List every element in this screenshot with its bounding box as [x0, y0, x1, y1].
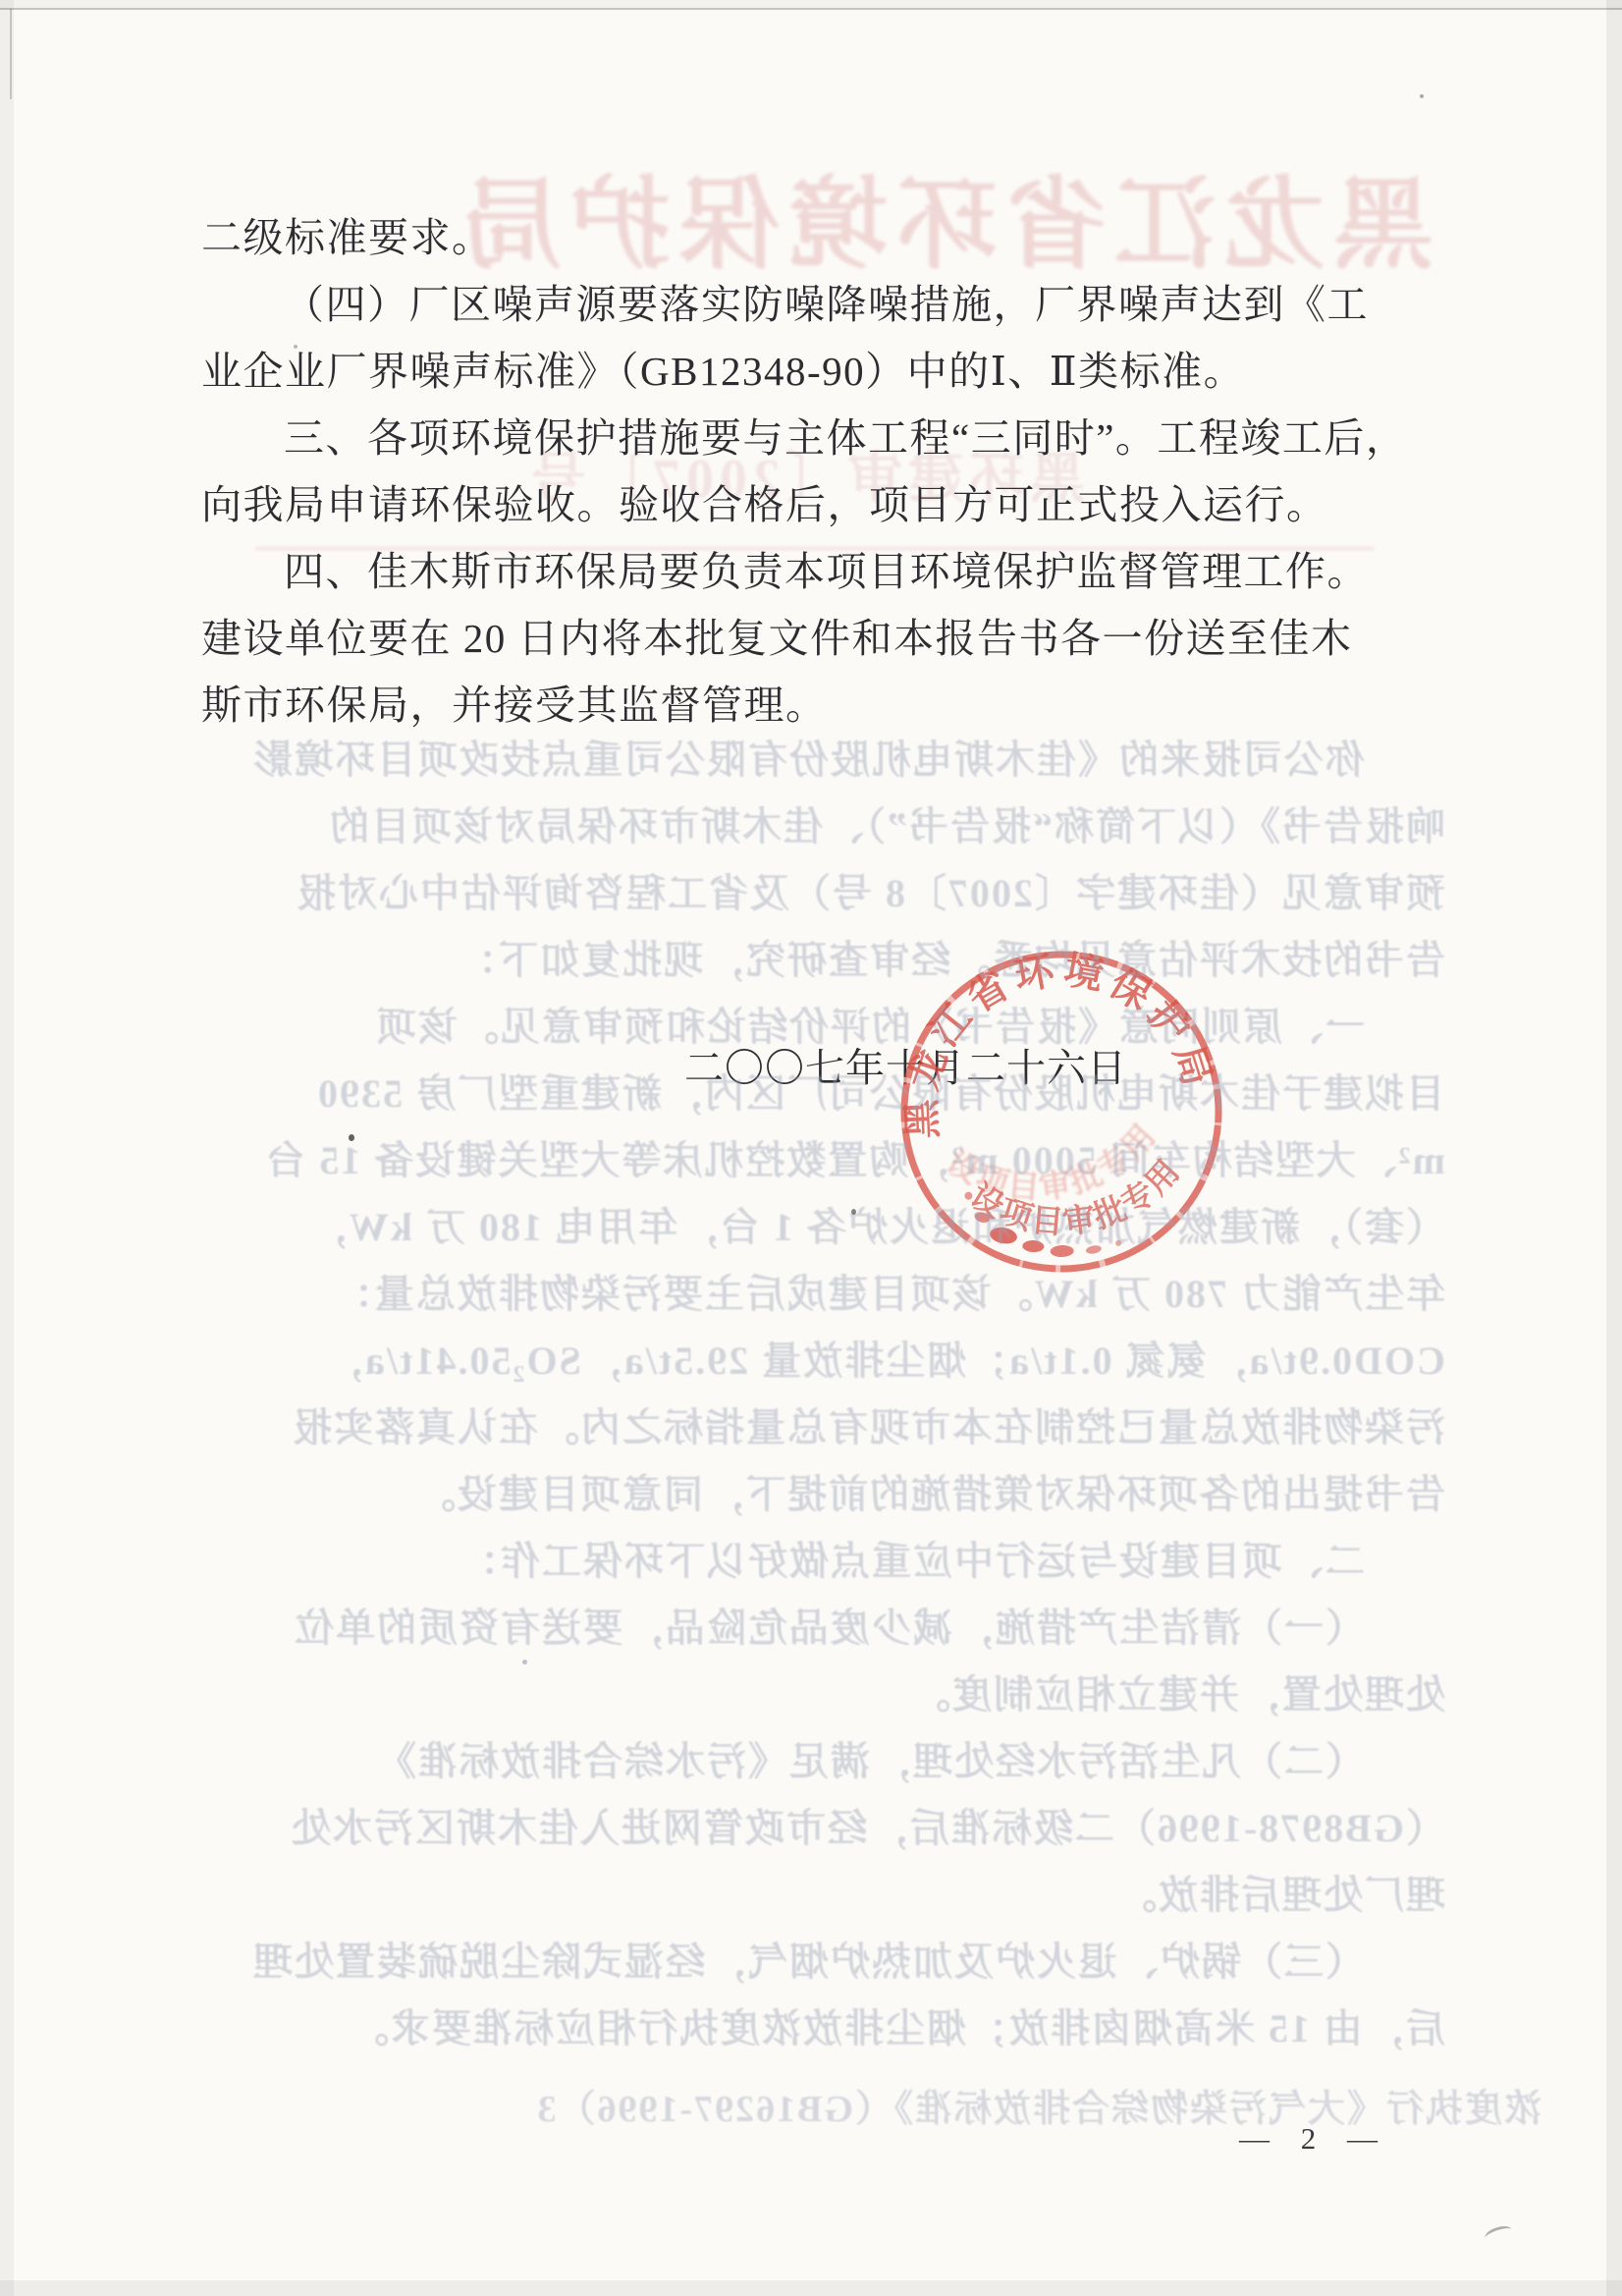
bleed-line: COD0.9t/a，氨氮 0.1t/a；烟尘排放量 29.5t/a，SO₂50.…	[147, 1328, 1445, 1394]
scan-edge-shadow-left	[0, 0, 14, 2296]
bleed-line: 告书提出的各项环保对策措施的前提下，同意项目建设。	[147, 1461, 1445, 1528]
body-line: （四）厂区噪声源要落实防噪降噪措施，厂界噪声达到《工	[201, 271, 1448, 338]
scan-edge-line-top	[0, 8, 1622, 10]
bleed-line: 污染物排放总量已控制在本市现有总量指标之内。在认真落实报	[147, 1394, 1445, 1461]
bleed-line: 告书的技术评估意见均悉。经审查研究，现批复如下：	[147, 927, 1445, 994]
bleed-line: 目拟建于佳木斯电机股份有限公司厂区内，新建重型厂房 5390	[147, 1061, 1445, 1127]
bleed-line: 预审意见（佳环建字〔2007〕8 号）及省工程咨询评估中心对报	[147, 860, 1445, 927]
scan-edge-shadow-top	[0, 0, 1622, 10]
body-line: 向我局申请环保验收。验收合格后，项目方可正式投入运行。	[201, 471, 1448, 538]
scan-squiggle-mark	[1484, 2223, 1514, 2244]
bleed-line: （一）清洁生产措施，减少废品危险品，要送有资质的单位	[147, 1595, 1445, 1662]
scan-speck	[1420, 94, 1424, 98]
bleed-line: m²、大型结构车间 5000 m²，购置数控机床等大型关键设备 15 台	[147, 1127, 1445, 1194]
bleed-line: 理厂处理后排放。	[147, 1862, 1445, 1929]
bleed-line: 你公司报来的《佳木斯电机股份有限公司重点技改项目环境影	[147, 727, 1445, 793]
page-number: — 2 —	[1239, 2121, 1389, 2157]
scan-edge-shadow-bottom	[0, 2280, 1622, 2296]
bleed-line: 一、原则同意《报告书》的评价结论和预审意见。该项	[147, 994, 1445, 1061]
body-line: 建设单位要在 20 日内将本批复文件和本报告书各一份送至佳木	[201, 605, 1448, 672]
bleed-line: 处理处置，并建立相应制度。	[147, 1662, 1445, 1728]
bleed-line: 响报告书》（以下简称“报告书”）、佳木斯市环保局对该项目的	[147, 793, 1445, 860]
document-body: 二级标准要求。 （四）厂区噪声源要落实防噪降噪措施，厂界噪声达到《工 业企业厂界…	[201, 204, 1448, 738]
scan-speck	[851, 1209, 856, 1215]
scan-speck	[522, 1660, 527, 1665]
body-line: 四、佳木斯市环保局要负责本项目环境保护监督管理工作。	[201, 538, 1448, 605]
bleed-line: 后，由 15 米高烟囱排放；烟尘排放浓度执行相应标准要求。	[147, 1995, 1445, 2062]
body-line: 三、各项环境保护措施要与主体工程“三同时”。工程竣工后，	[201, 405, 1448, 471]
bleed-line: （套），新建燃气加热炉和退火炉各 1 台，年用电 180 万 kW，	[147, 1194, 1445, 1261]
scan-speck	[349, 1134, 354, 1141]
body-line: 业企业厂界噪声标准》（GB12348-90）中的Ⅰ、Ⅱ类标准。	[201, 338, 1448, 405]
bleed-line: （二）凡生活污水经处理，满足《污水综合排放标准》	[147, 1728, 1445, 1795]
bleed-line: （GB8978-1996）二级标准后，经市政管网进入佳木斯区污水处	[147, 1795, 1445, 1862]
scanned-page: 黑龙江省环境保护局 黑环建审〔2007〕号 二级标准要求。 （四）厂区噪声源要落…	[0, 0, 1622, 2296]
bleed-line: 年生产能力 780 万 kW。该项目建成后主要污染物排放总量：	[147, 1261, 1445, 1328]
scan-edge-line-left	[10, 9, 12, 99]
reverse-page-bleed-text: 你公司报来的《佳木斯电机股份有限公司重点技改项目环境影 响报告书》（以下简称“报…	[147, 727, 1445, 2062]
body-line: 二级标准要求。	[201, 204, 1448, 271]
bleed-line: （三）锅炉、退火炉及加热炉烟气，经湿式除尘脱硫装置处理	[147, 1929, 1445, 1995]
scan-edge-shadow-right	[1606, 0, 1622, 2296]
scan-speck	[294, 345, 297, 349]
bleed-line: 二、项目建设与运行中应重点做好以下环保工作：	[147, 1528, 1445, 1595]
